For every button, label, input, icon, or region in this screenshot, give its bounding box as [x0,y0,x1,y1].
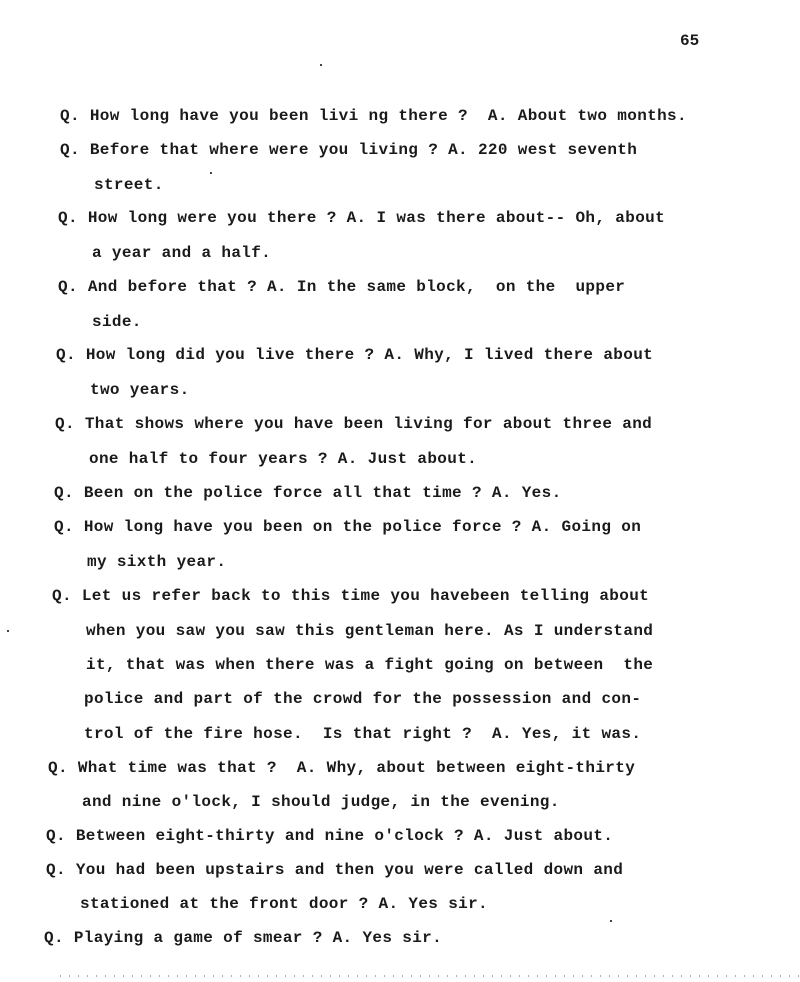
transcript-line: Q. How long were you there ? A. I was th… [58,208,665,228]
transcript-line: a year and a half. [92,243,271,263]
scan-speck [320,64,322,66]
transcript-line: one half to four years ? A. Just about. [89,449,477,469]
transcript-line: Q. Let us refer back to this time you ha… [52,586,649,606]
transcript-line: Q. How long have you been on the police … [54,517,641,537]
transcript-line: Q. How long did you live there ? A. Why,… [56,345,653,365]
transcript-line: and nine o'lock, I should judge, in the … [82,792,560,812]
transcript-line: trol of the fire hose. Is that right ? A… [84,724,641,744]
page-number: 65 [680,32,699,50]
transcript-line: Q. Been on the police force all that tim… [54,483,562,503]
transcript-line: Q. That shows where you have been living… [55,414,652,434]
transcript-line: Q. Before that where were you living ? A… [60,140,637,160]
transcript-line: Q. What time was that ? A. Why, about be… [48,758,635,778]
transcript-line: my sixth year. [87,552,226,572]
transcript-line: side. [92,312,142,332]
transcript-line: street. [94,175,164,195]
transcript-line: Q. You had been upstairs and then you we… [46,860,623,880]
scan-speck [610,920,612,922]
transcript-line: Q. Between eight-thirty and nine o'clock… [46,826,613,846]
transcript-line: Q. Playing a game of smear ? A. Yes sir. [44,928,442,948]
scan-speck [7,630,9,632]
transcript-line: Q. How long have you been livi ng there … [60,106,687,126]
transcript-line: Q. And before that ? A. In the same bloc… [58,277,625,297]
scan-speck [210,172,212,174]
transcript-page: 65 Q. How long have you been livi ng the… [0,0,800,982]
transcript-line: when you saw you saw this gentleman here… [86,621,653,641]
transcript-line: stationed at the front door ? A. Yes sir… [80,894,488,914]
scan-noise [60,975,800,977]
transcript-line: police and part of the crowd for the pos… [84,689,641,709]
transcript-line: two years. [90,380,190,400]
transcript-line: it, that was when there was a fight goin… [86,655,653,675]
